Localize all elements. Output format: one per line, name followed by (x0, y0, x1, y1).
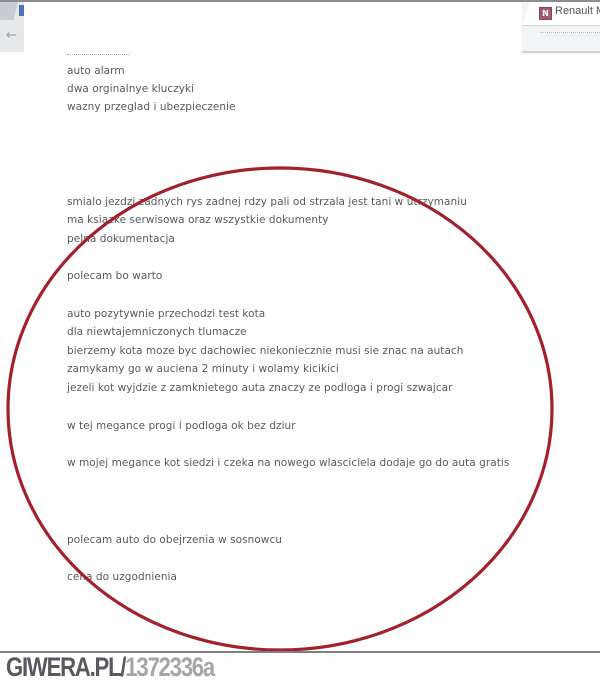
bookmarks-bar (540, 32, 600, 35)
listing-line: zamykamy go w auciena 2 minuty i wolamy … (67, 362, 339, 376)
listing-line: pelna dokumentacja (67, 232, 175, 246)
listing-line: ma ksiazke serwisowa oraz wszystkie doku… (67, 213, 329, 227)
cropped-text-line (67, 54, 129, 57)
renault-favicon-icon: N (539, 7, 552, 20)
arrow-left-icon: ← (6, 28, 17, 43)
listing-line: cena do uzgodnienia (67, 570, 177, 584)
listing-line: auto alarm (67, 64, 125, 78)
watermark-site: GIWERA.PL/ (6, 652, 125, 682)
watermark-id: 1372336a (125, 652, 214, 682)
listing-line: polecam auto do obejrzenia w sosnowcu (67, 533, 282, 547)
watermark: GIWERA.PL/1372336a (6, 651, 214, 684)
tab-favicon-icon (19, 5, 24, 16)
listing-line: wazny przeglad i ubezpieczenie (67, 100, 236, 114)
browser-chrome: ← N Renault M (0, 0, 600, 60)
listing-line: w mojej megance kot siedzi i czeka na no… (67, 456, 509, 470)
listing-line: smialo jezdzi zadnych rys zadnej rdzy pa… (67, 195, 467, 209)
listing-line: auto pozytywnie przechodzi test kota (67, 307, 265, 321)
tab-title: Renault M (555, 5, 600, 17)
back-button[interactable]: ← (6, 30, 20, 42)
window-top-border (0, 0, 600, 2)
toolbar-separator (522, 51, 600, 53)
listing-line: jezeli kot wyjdzie z zamknietego auta zn… (67, 381, 453, 395)
listing-line: dla niewtajemniczonych tlumacze (67, 325, 247, 339)
listing-line: dwa orginalnye kluczyki (67, 82, 194, 96)
listing-line: polecam bo warto (67, 269, 162, 283)
listing-line: w tej megance progi i podloga ok bez dzi… (67, 419, 296, 433)
listing-line: bierzemy kota moze byc dachowiec niekoni… (67, 344, 463, 358)
